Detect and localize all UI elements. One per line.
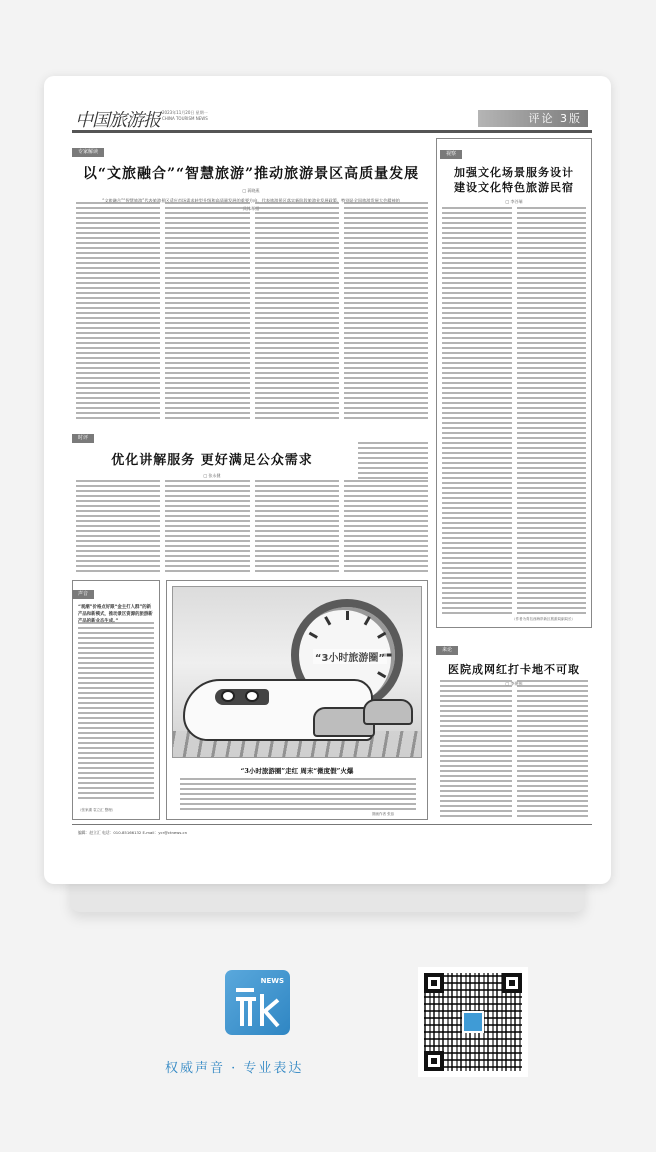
right-bottom-tag: 来论 bbox=[436, 646, 458, 655]
clock-tick bbox=[377, 671, 386, 678]
illustration-credit: 图画作者 张蕊 bbox=[372, 812, 394, 817]
voice-source: （张家湖 袁立汇 整理） bbox=[78, 808, 115, 813]
text-column bbox=[255, 480, 339, 574]
text-column bbox=[442, 207, 512, 617]
mid-article: 时评 优化讲解服务 更好满足公众需求 □ 张永健 bbox=[72, 424, 352, 479]
lead-tag: 专家解读 bbox=[72, 148, 104, 157]
qr-finder bbox=[424, 973, 444, 993]
illustration-label: “3小时旅游圈” bbox=[313, 649, 387, 664]
text-column bbox=[344, 480, 428, 574]
lead-byline: □ 蒋晓燕 bbox=[72, 188, 430, 194]
lv-glyph-icon bbox=[234, 986, 282, 1028]
lv-news-logo-icon: NEWS bbox=[225, 970, 290, 1035]
illustration-body-text bbox=[180, 778, 416, 810]
mid-body-text bbox=[76, 480, 428, 574]
newspaper-page: 中国旅游报 2023年11月20日 星期一 CHINA TOURISM NEWS… bbox=[72, 102, 592, 832]
text-column bbox=[440, 680, 512, 818]
section-badge: 评论 3版 bbox=[478, 110, 588, 127]
text-column bbox=[517, 680, 589, 818]
qr-finder bbox=[502, 973, 522, 993]
text-column bbox=[517, 207, 587, 617]
masthead: 中国旅游报 2023年11月20日 星期一 CHINA TOURISM NEWS… bbox=[72, 102, 592, 134]
right-top-tag: 视察 bbox=[440, 150, 462, 159]
qr-finder bbox=[424, 1051, 444, 1071]
mid-byline: □ 张永健 bbox=[72, 473, 352, 479]
newspaper-card[interactable]: 中国旅游报 2023年11月20日 星期一 CHINA TOURISM NEWS… bbox=[44, 76, 611, 884]
qr-center-logo-icon bbox=[462, 1011, 484, 1033]
mid-headline[interactable]: 优化讲解服务 更好满足公众需求 bbox=[72, 449, 352, 468]
right-top-byline: □ 李谷瑞 bbox=[440, 199, 588, 205]
footer-rule bbox=[72, 824, 592, 825]
right-top-headline[interactable]: 加强文化场景服务设计 建设文化特色旅游民宿 bbox=[440, 165, 588, 195]
text-column bbox=[165, 202, 249, 420]
masthead-rule bbox=[72, 130, 592, 133]
text-column bbox=[180, 778, 416, 810]
voice-tag: 声音 bbox=[72, 590, 94, 599]
mid-body-text-top bbox=[358, 442, 428, 480]
logo-news-badge: NEWS bbox=[261, 977, 284, 985]
car-icon bbox=[363, 699, 413, 725]
illustration-caption: “3小时旅游圈”走红 周末“微度假”火爆 bbox=[172, 766, 422, 775]
clock-tick bbox=[377, 632, 386, 639]
right-bottom-body-text bbox=[440, 680, 588, 818]
clock-tick bbox=[363, 616, 370, 625]
text-column bbox=[255, 202, 339, 420]
text-column bbox=[344, 202, 428, 420]
masthead-logo: 中国旅游报 bbox=[75, 106, 160, 132]
text-column bbox=[76, 480, 160, 574]
right-top-headline-line2: 建设文化特色旅游民宿 bbox=[440, 180, 588, 195]
voice-body-text bbox=[78, 622, 154, 802]
text-column bbox=[358, 442, 428, 480]
footer-editor-line: 编辑：赵立汇 电话：010-85166132 E-mail：ycr@ctnews… bbox=[78, 830, 187, 836]
clock-tick bbox=[324, 616, 331, 625]
right-top-body-text bbox=[442, 207, 586, 617]
train-eye bbox=[221, 690, 235, 702]
mid-tag: 时评 bbox=[72, 434, 94, 443]
qr-pattern bbox=[424, 973, 522, 1071]
text-column bbox=[165, 480, 249, 574]
clock-tick bbox=[346, 611, 349, 620]
qr-code-icon[interactable] bbox=[418, 967, 528, 1077]
lead-body-text bbox=[76, 202, 428, 420]
masthead-meta: 2023年11月20日 星期一 CHINA TOURISM NEWS bbox=[162, 110, 208, 122]
right-top-source: （作者为青岛西海岸新区旅游局副局长） bbox=[512, 617, 575, 622]
slogan: 权威声音 · 专业表达 bbox=[165, 1057, 303, 1076]
voice-sidebar: 声音 “观潮”价格点好跟“金主打人群”的新产品和新模式，推动景区资源的旅游新产品… bbox=[72, 580, 160, 625]
text-column bbox=[76, 202, 160, 420]
lead-headline[interactable]: 以“文旅融合”“智慧旅游”推动旅游景区高质量发展 bbox=[72, 163, 430, 183]
masthead-subtitle: CHINA TOURISM NEWS bbox=[162, 116, 208, 122]
text-column bbox=[78, 622, 154, 802]
train-eye bbox=[245, 690, 259, 702]
right-bottom-headline[interactable]: 医院成网红打卡地不可取 bbox=[436, 661, 592, 677]
right-top-headline-line1: 加强文化场景服务设计 bbox=[440, 165, 588, 180]
illustration[interactable]: “3小时旅游圈” bbox=[172, 586, 422, 758]
right-top-article: 视察 加强文化场景服务设计 建设文化特色旅游民宿 □ 李谷瑞 bbox=[440, 140, 588, 205]
clock-tick bbox=[308, 632, 317, 639]
